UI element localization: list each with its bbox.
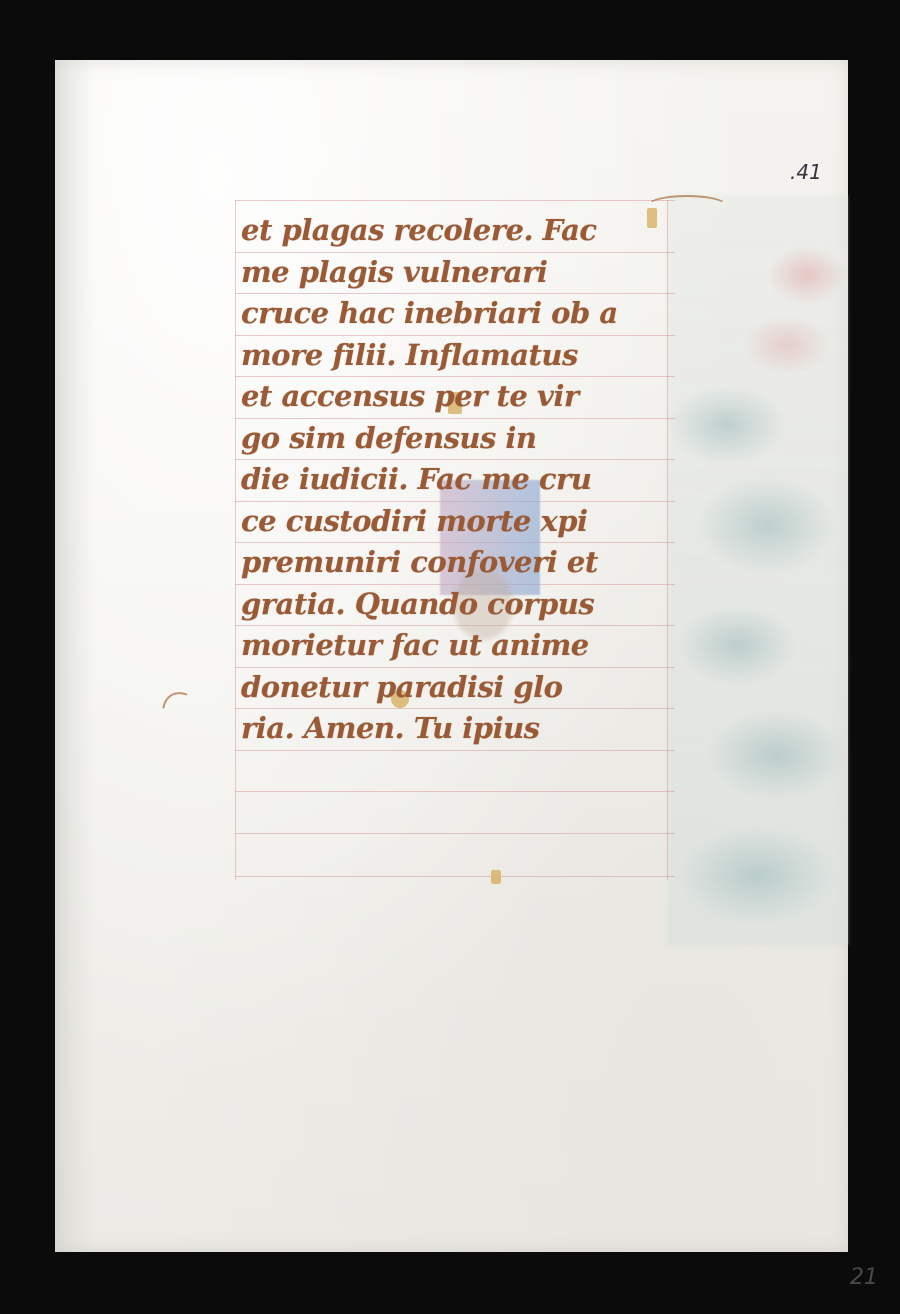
text-line: more filii. Inflamatus <box>235 335 680 377</box>
gold-initial <box>491 870 501 884</box>
text-block: et plagas recolere. Fac me plagis vulner… <box>235 210 680 750</box>
text-line: me plagis vulnerari <box>235 252 680 294</box>
flourish <box>152 683 222 760</box>
text-line: morietur fac ut anime <box>235 625 680 667</box>
text-line: ria. Amen. Tu ipius <box>235 708 680 750</box>
text-line: premuniri confoveri et <box>235 542 680 584</box>
manuscript-leaf: et plagas recolere. Fac me plagis vulner… <box>55 60 848 1252</box>
text-line: ce custodiri morte xpi <box>235 501 680 543</box>
text-line: die iudicii. Fac me cru <box>235 459 680 501</box>
corner-pencil-mark: 21 <box>850 1265 878 1290</box>
text-line: gratia. Quando corpus <box>235 584 680 626</box>
text-line: donetur paradisi glo <box>235 667 680 709</box>
text-line: go sim defensus in <box>235 418 680 460</box>
folio-number: .41 <box>790 160 822 184</box>
border-showthrough-decoration <box>667 195 848 945</box>
text-line: et plagas recolere. Fac <box>235 210 680 252</box>
text-line: cruce hac inebriari ob a <box>235 293 680 335</box>
text-line: et accensus per te vir <box>235 376 680 418</box>
